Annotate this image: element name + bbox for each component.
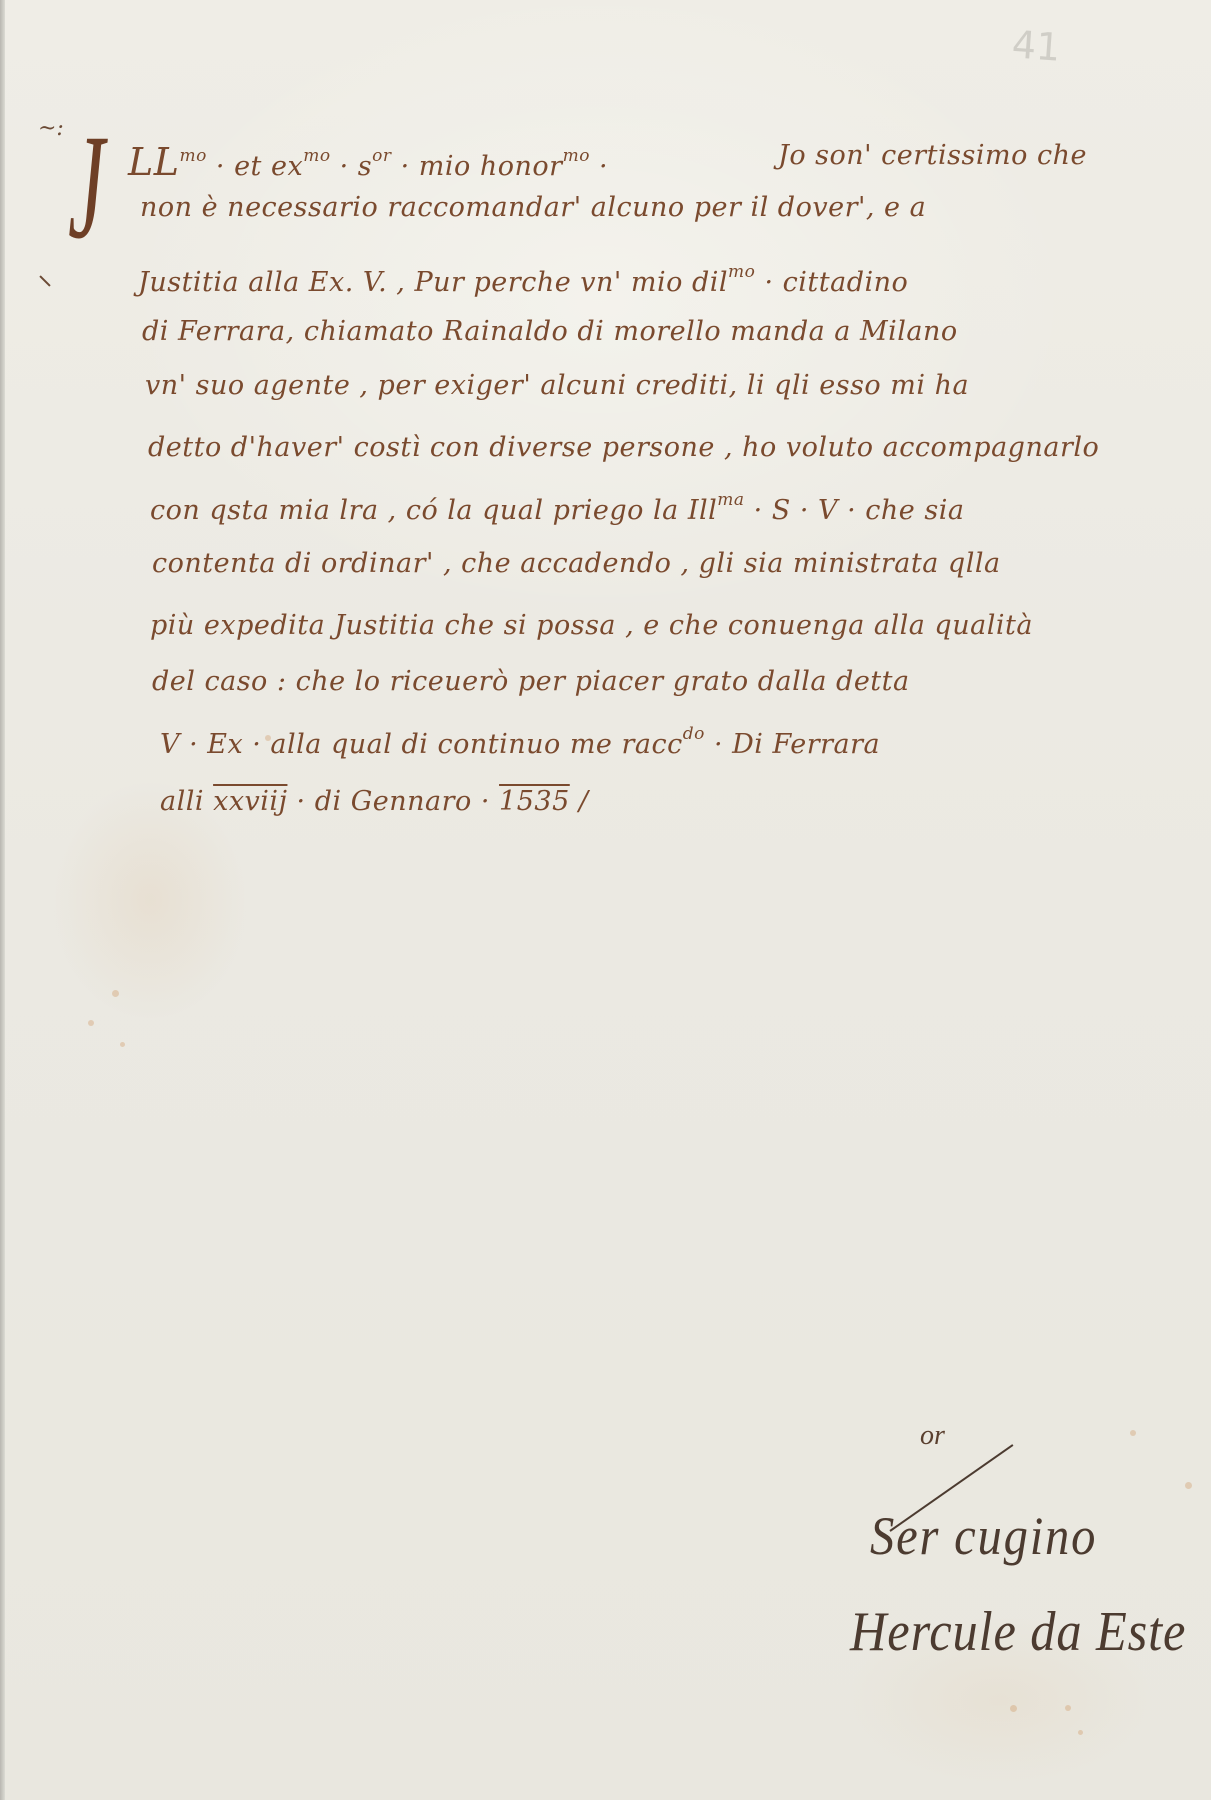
- folio-number: 41: [1011, 22, 1062, 69]
- foxing-stain: [112, 990, 119, 997]
- foxing-stain: [265, 735, 271, 741]
- margin-dash: [39, 275, 50, 286]
- letter-date-line: alli xxviij · di Gennaro · 1535 /: [160, 786, 588, 817]
- letter-line-8: contenta di ordinar' , che accadendo , g…: [152, 548, 1001, 579]
- letter-line-1-opening: Jo son' certissimo che: [778, 140, 1087, 171]
- letter-line-9: più expedita Justitia che si possa , e c…: [150, 610, 1033, 641]
- foxing-stain: [1065, 1705, 1071, 1711]
- letter-line-2: non è necessario raccomandar' alcuno per…: [140, 192, 926, 223]
- foxing-stain: [1130, 1430, 1136, 1436]
- foxing-stain: [120, 1042, 125, 1047]
- letter-line-10: del caso : che lo riceuerò per piacer gr…: [152, 666, 910, 697]
- letter-line-4: di Ferrara, chiamato Rainaldo di morello…: [142, 316, 958, 347]
- date-day-numeral: xxviij: [213, 786, 287, 817]
- letter-line-6: detto d'haver' costì con diverse persone…: [148, 432, 1099, 463]
- letter-line-1: LLmo · et exmo · sor · mio honormo ·: [128, 140, 608, 184]
- letter-line-3: Justitia alla Ex. V. , Pur perche vn' mi…: [138, 262, 908, 298]
- letter-line-11: V · Ex · alla qual di continuo me raccdo…: [160, 724, 880, 760]
- salutation-illustrious: LL: [128, 140, 179, 184]
- manuscript-page: 41 ~: J LLmo · et exmo · sor · mio honor…: [0, 0, 1211, 1800]
- letter-line-5: vn' suo agente , per exiger' alcuni cred…: [145, 370, 969, 401]
- foxing-stain: [1010, 1705, 1017, 1712]
- decorated-initial: J: [68, 112, 105, 262]
- foxing-stain: [1185, 1482, 1192, 1489]
- closing-abbreviation: or: [920, 1420, 945, 1452]
- foxing-stain: [1078, 1730, 1083, 1735]
- date-year: 1535: [499, 786, 570, 817]
- signature-name: Hercule da Este: [850, 1600, 1186, 1664]
- foxing-stain: [88, 1020, 94, 1026]
- margin-mark: ~:: [38, 116, 64, 141]
- page-edge-shadow: [0, 0, 5, 1800]
- letter-line-7: con qsta mia lra , có la qual priego la …: [150, 490, 964, 526]
- signature-servitor: Ser cugino: [870, 1505, 1097, 1567]
